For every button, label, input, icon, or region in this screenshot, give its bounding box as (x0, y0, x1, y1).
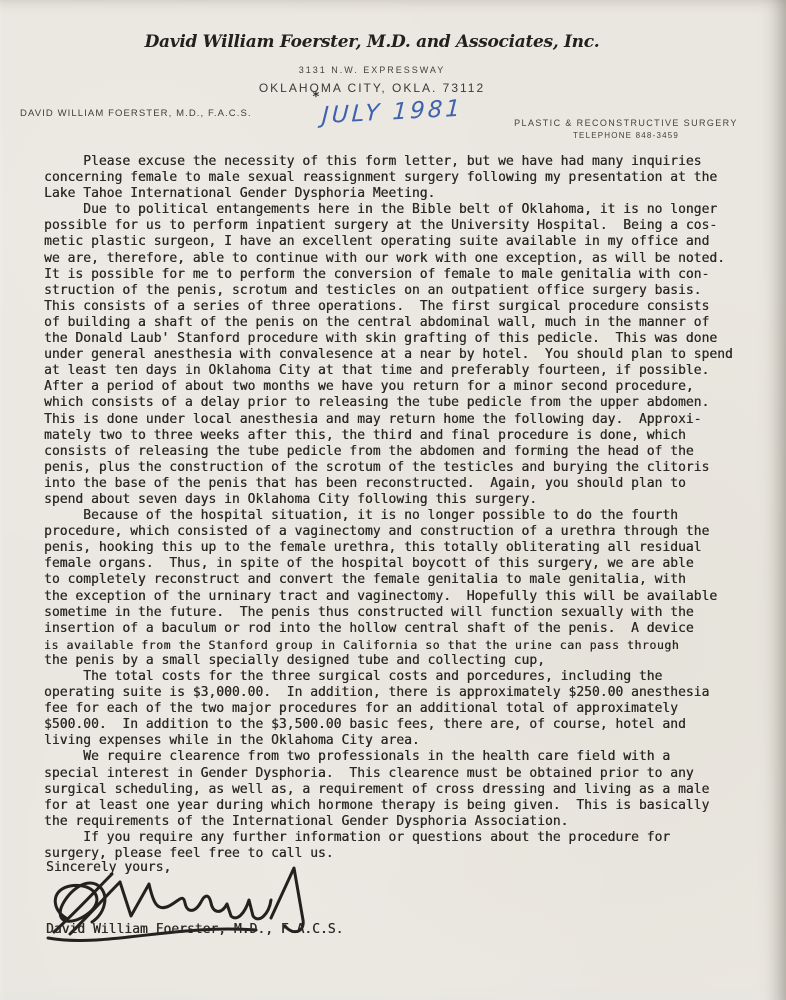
telephone-line: TELEPHONE 848-3459 (506, 131, 746, 140)
practice-name: David William Foerster, M.D. and Associa… (0, 32, 744, 52)
letter-paragraph: We require clearence from two profession… (44, 749, 764, 829)
letter-paragraph: Due to political entangements here in th… (44, 202, 764, 508)
typed-signature-name: David William Foerster, M.D., F.A.C.S. (46, 922, 343, 937)
doctor-name-left: DAVID WILLIAM FOERSTER, M.D., F.A.C.S. (20, 108, 252, 119)
specialty-line: PLASTIC & RECONSTRUCTIVE SURGERY (506, 118, 746, 128)
letter-paragraph: If you require any further information o… (44, 830, 764, 862)
letterhead-right-block: PLASTIC & RECONSTRUCTIVE SURGERY TELEPHO… (506, 118, 746, 140)
letter-paragraph: Please excuse the necessity of this form… (44, 154, 764, 202)
asterisk-mark: * (312, 90, 320, 105)
letter-body: Please excuse the necessity of this form… (44, 154, 764, 862)
address-line-1: 3131 N.W. EXPRESSWAY (0, 65, 744, 75)
signature-scrawl (44, 862, 344, 952)
letter-page: David William Foerster, M.D. and Associa… (0, 0, 786, 1000)
letter-paragraph: the penis by a small specially designed … (44, 653, 764, 669)
letter-paragraph: Because of the hospital situation, it is… (44, 508, 764, 637)
letter-paragraph-small-type: is available from the Stanford group in … (44, 637, 764, 653)
handwritten-date: JULY 1981 (321, 96, 463, 129)
letter-paragraph: The total costs for the three surgical c… (44, 669, 764, 749)
address-line-2: OKLAHOMA CITY, OKLA. 73112 (0, 81, 744, 95)
